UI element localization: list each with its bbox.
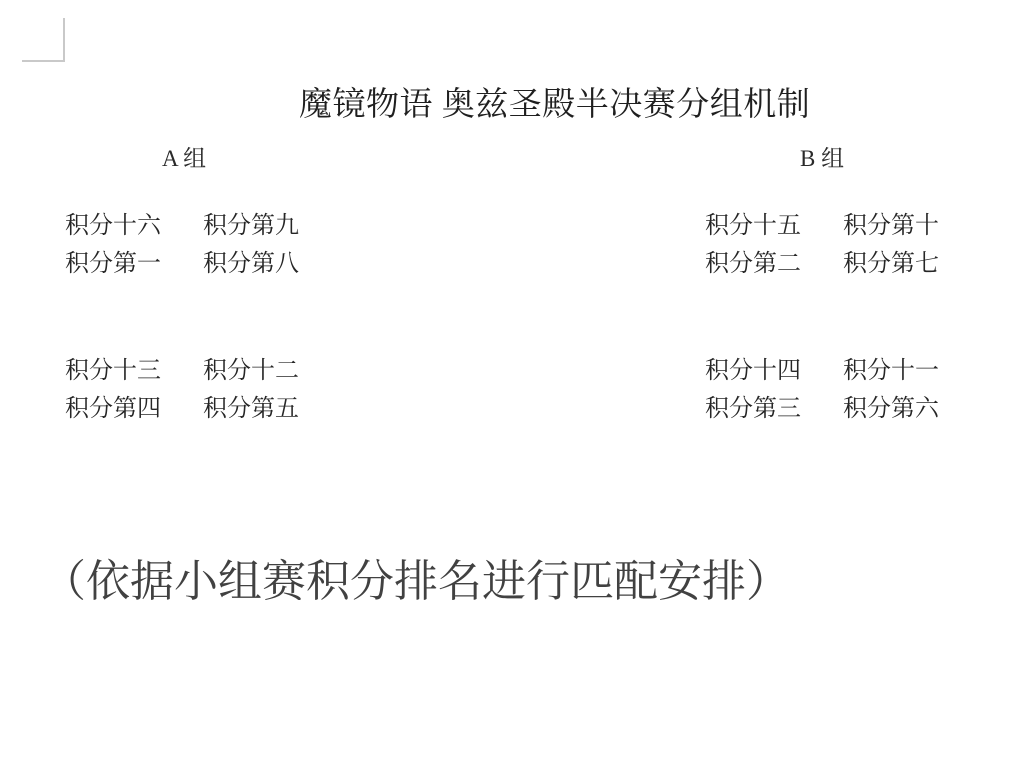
group-b-upper-seed-block: 积分十五 积分第十 积分第二 积分第七 <box>705 207 939 283</box>
seed-cell: 积分十六 <box>65 207 203 245</box>
seed-cell: 积分十三 <box>65 352 203 390</box>
group-a-label: A 组 <box>162 140 206 173</box>
seed-cell: 积分十五 <box>705 207 843 245</box>
seed-cell: 积分十四 <box>705 352 843 390</box>
seed-cell: 积分第四 <box>65 390 203 428</box>
pairing-rule-footnote: （依据小组赛积分排名进行匹配安排） <box>42 552 790 612</box>
seed-cell: 积分十一 <box>843 352 939 390</box>
seed-cell: 积分第五 <box>203 390 299 428</box>
seed-cell: 积分第七 <box>843 245 939 283</box>
group-a-lower-seed-block: 积分十三 积分十二 积分第四 积分第五 <box>65 352 299 428</box>
seed-cell: 积分第六 <box>843 390 939 428</box>
seed-cell: 积分第一 <box>65 245 203 283</box>
seed-cell: 积分第九 <box>203 207 299 245</box>
group-a-upper-seed-block: 积分十六 积分第九 积分第一 积分第八 <box>65 207 299 283</box>
group-b-lower-seed-block: 积分十四 积分十一 积分第三 积分第六 <box>705 352 939 428</box>
group-b-label: B 组 <box>800 140 844 173</box>
document-page: 魔镜物语 奥兹圣殿半决赛分组机制 A 组 B 组 积分十六 积分第九 积分第一 … <box>0 0 1024 761</box>
seed-cell: 积分第十 <box>843 207 939 245</box>
page-title: 魔镜物语 奥兹圣殿半决赛分组机制 <box>299 78 810 125</box>
corner-bracket-mark <box>22 18 65 62</box>
seed-cell: 积分第三 <box>705 390 843 428</box>
seed-cell: 积分第八 <box>203 245 299 283</box>
seed-cell: 积分十二 <box>203 352 299 390</box>
seed-cell: 积分第二 <box>705 245 843 283</box>
